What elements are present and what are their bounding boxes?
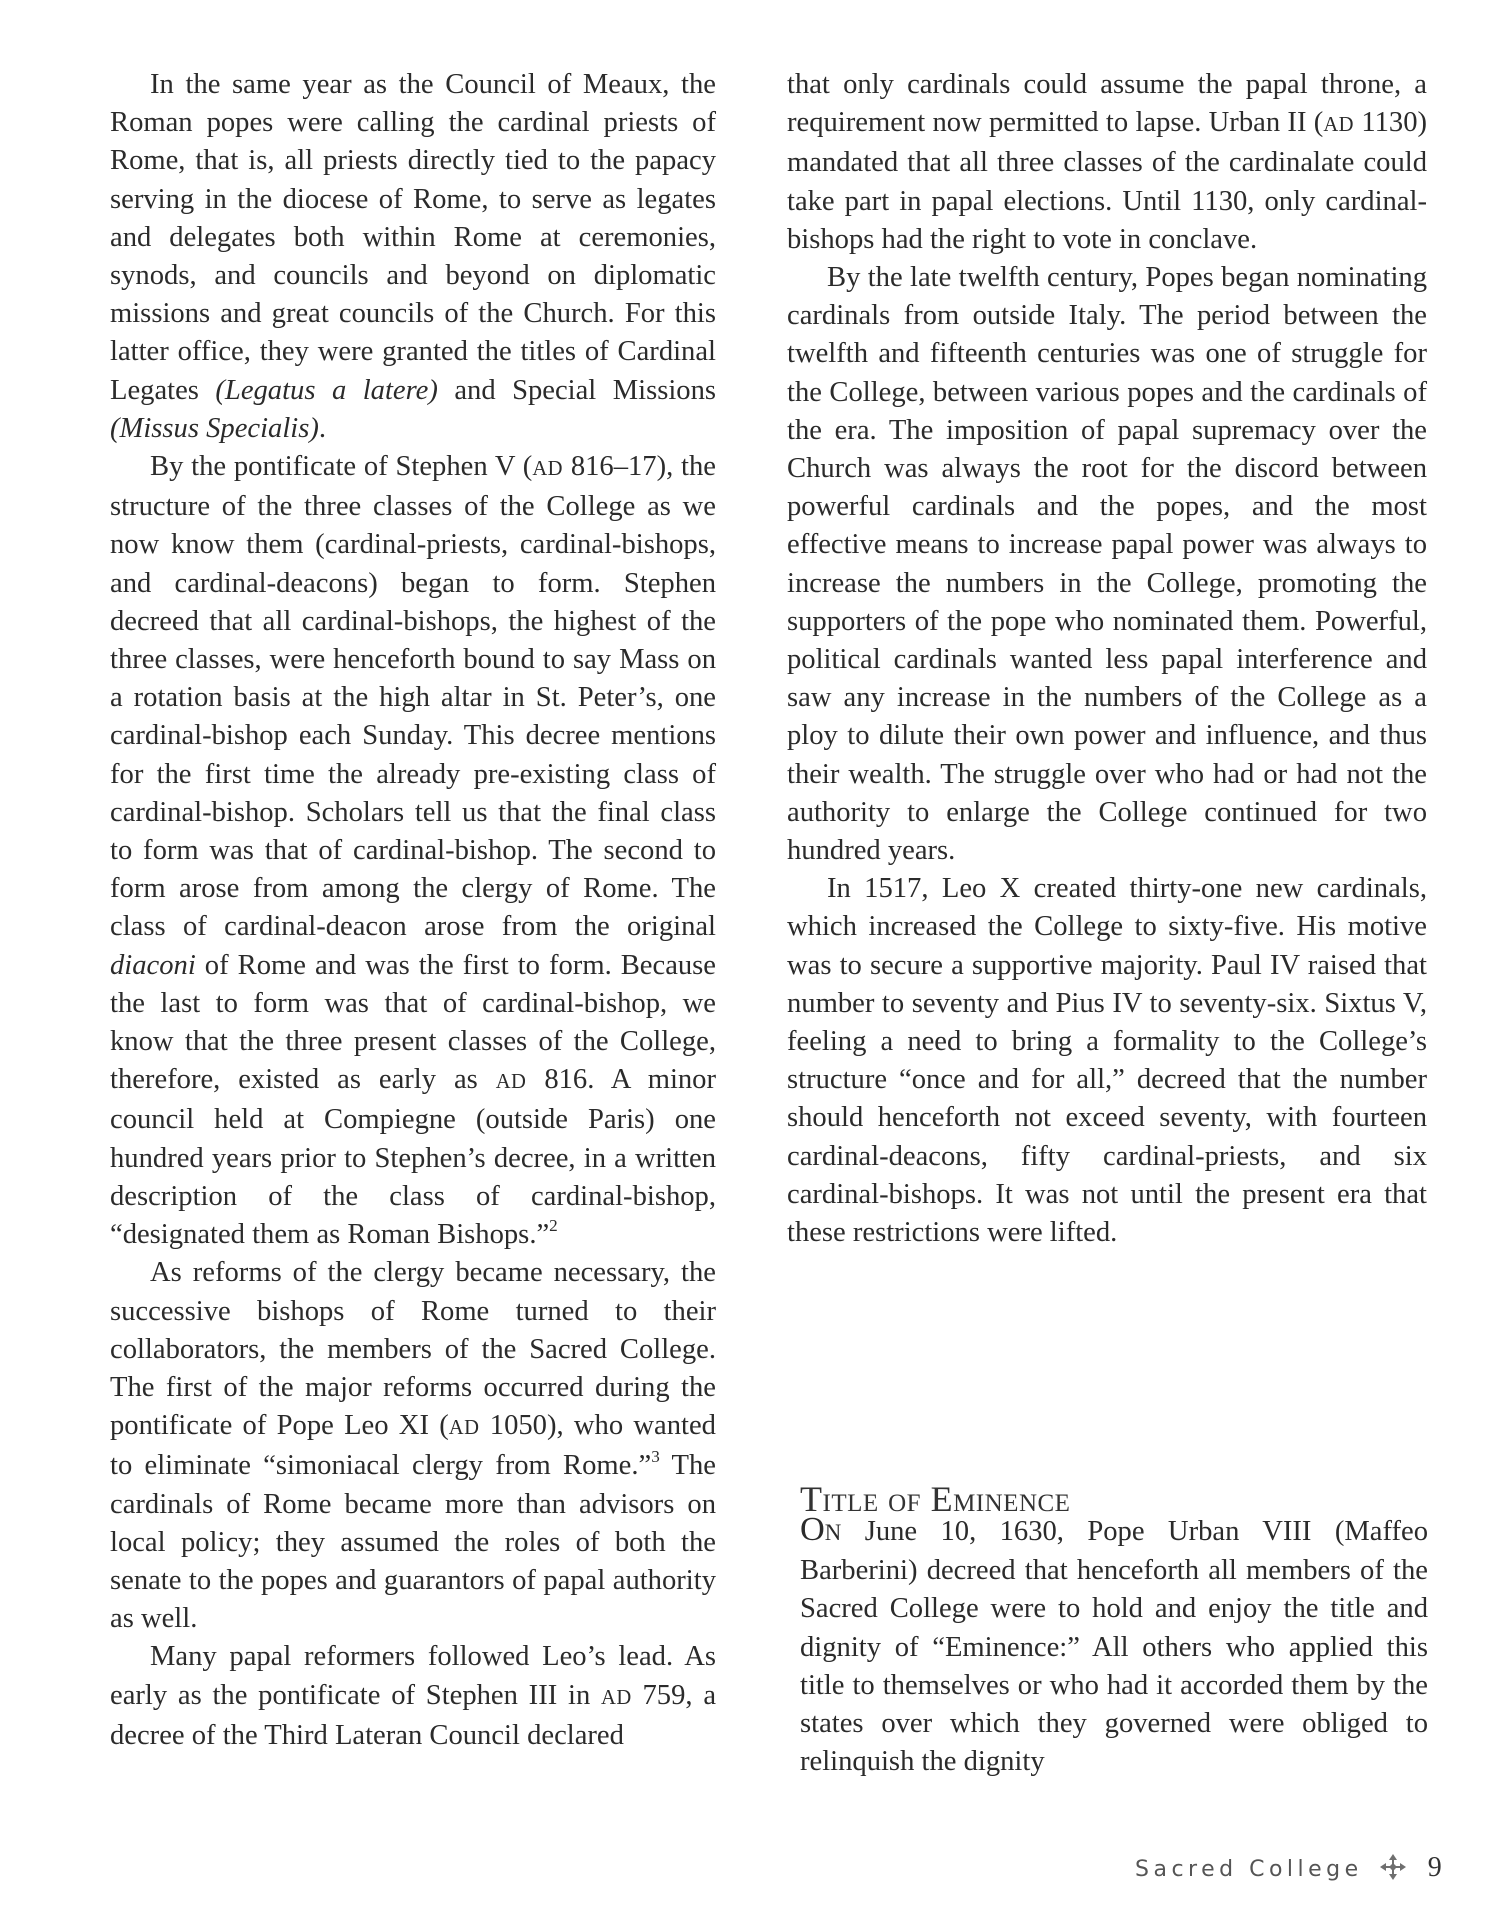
text: and Special Mis­sions: [438, 375, 716, 406]
footnote-ref: 3: [651, 1447, 660, 1466]
paragraph: As reforms of the clergy became necessar…: [110, 1254, 716, 1638]
text: .: [319, 413, 326, 444]
text: In the same year as the Council of Meaux…: [110, 69, 716, 406]
page-number: 9: [1428, 1852, 1442, 1883]
paragraph: that only cardinals could assume the pap…: [787, 66, 1427, 259]
drop-cap: O: [800, 1510, 825, 1548]
left-column: In the same year as the Council of Meaux…: [110, 66, 716, 1755]
text: 816–17), the structure of the three clas…: [110, 451, 716, 942]
cross-arrows-ornament-icon: [1380, 1854, 1406, 1880]
running-title: Sacred College: [1135, 1857, 1363, 1882]
italic-term: diaconi: [110, 950, 196, 981]
right-column: that only cardinals could assume the pap…: [787, 66, 1427, 1252]
text: By the pontificate of Stephen V (: [150, 451, 532, 482]
page-footer: Sacred College 9: [1135, 1852, 1442, 1884]
footnote-ref: 2: [549, 1216, 558, 1235]
paragraph: In the same year as the Council of Meaux…: [110, 66, 716, 448]
section-body: ON June 10, 1630, Pope Urban VIII (Maffe…: [800, 1510, 1428, 1781]
italic-term: (Legatus a latere): [215, 375, 437, 406]
paragraph: Many papal reformers followed Leo’s lead…: [110, 1638, 716, 1755]
text: June 10, 1630, Pope Urban VIII (Maffeo B…: [800, 1516, 1428, 1777]
paragraph: By the late twelfth century, Popes began…: [787, 259, 1427, 870]
era-abbrev: AD: [449, 1417, 480, 1439]
era-abbrev: AD: [601, 1687, 632, 1709]
era-abbrev: AD: [496, 1071, 527, 1093]
small-cap: N: [825, 1520, 842, 1545]
era-abbrev: AD: [532, 458, 563, 480]
paragraph: In 1517, Leo X created thirty-one new ca…: [787, 870, 1427, 1252]
era-abbrev: AD: [1323, 114, 1354, 136]
italic-term: (Missus Specialis): [110, 413, 319, 444]
paragraph: By the pontificate of Stephen V (AD 816–…: [110, 448, 716, 1254]
